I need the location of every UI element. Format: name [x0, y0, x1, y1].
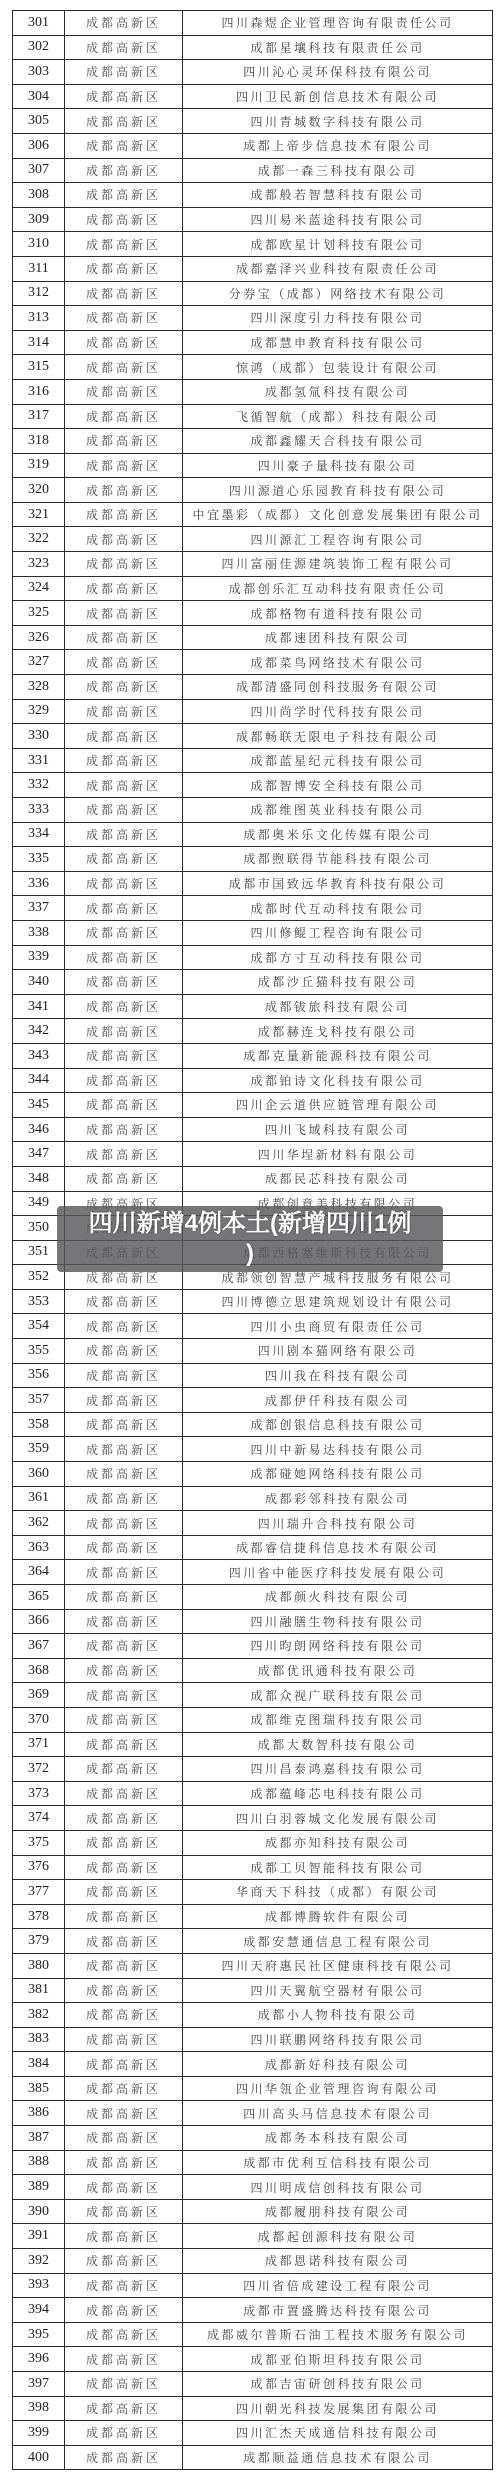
company-table: 301成都高新区四川森煜企业管理咨询有限责任公司302成都高新区成都星壤科技有限…: [12, 10, 493, 2470]
row-number-cell: 310: [13, 232, 65, 257]
district-cell: 成都高新区: [65, 2372, 183, 2397]
district-cell: 成都高新区: [65, 1019, 183, 1044]
row-number-cell: 397: [13, 2372, 65, 2397]
row-number-cell: 331: [13, 748, 65, 773]
row-number-cell: 386: [13, 2101, 65, 2126]
table-row: 362成都高新区四川瑞升合科技有限公司: [13, 1511, 493, 1536]
row-number-cell: 364: [13, 1560, 65, 1585]
row-number-cell: 369: [13, 1683, 65, 1708]
company-name-cell: 四川企云道供应链管理有限公司: [183, 1093, 493, 1118]
company-name-cell: 成都赫连戈科技有限公司: [183, 1019, 493, 1044]
district-cell: 成都高新区: [65, 2027, 183, 2052]
company-name-cell: 成都吉宙研创科技有限公司: [183, 2372, 493, 2397]
district-cell: 成都高新区: [65, 1609, 183, 1634]
company-name-cell: 四川省中能医疗科技发展有限公司: [183, 1560, 493, 1585]
company-name-cell: 飞循智航（成都）科技有限公司: [183, 404, 493, 429]
row-number-cell: 348: [13, 1166, 65, 1191]
company-name-cell: 四川天翼航空器材有限公司: [183, 1978, 493, 2003]
company-name-cell: 四川博德立思建筑规划设计有限公司: [183, 1289, 493, 1314]
table-row: 399成都高新区四川汇杰天成通信科技有限公司: [13, 2421, 493, 2446]
district-cell: 成都高新区: [65, 1339, 183, 1364]
district-cell: 成都高新区: [65, 970, 183, 995]
table-row: 343成都高新区成都克量新能源科技有限公司: [13, 1043, 493, 1068]
table-row: 382成都高新区成都小人物科技有限公司: [13, 2003, 493, 2028]
company-name-cell: 惊鸿（成都）包装设计有限公司: [183, 355, 493, 380]
row-number-cell: 396: [13, 2347, 65, 2372]
company-name-cell: 四川飞域科技有限公司: [183, 1117, 493, 1142]
table-row: 375成都高新区成都亦知科技有限公司: [13, 1830, 493, 1855]
table-row: 330成都高新区成都畅联无限电子科技有限公司: [13, 724, 493, 749]
row-number-cell: 373: [13, 1781, 65, 1806]
row-number-cell: 326: [13, 625, 65, 650]
table-row: 347成都高新区四川华埕新材料有限公司: [13, 1142, 493, 1167]
company-name-cell: 中宜墨彩（成都）文化创意发展集团有限公司: [183, 502, 493, 527]
district-cell: 成都高新区: [65, 232, 183, 257]
company-name-cell: 成都睿信捷科信息技术有限公司: [183, 1535, 493, 1560]
row-number-cell: 355: [13, 1339, 65, 1364]
district-cell: 成都高新区: [65, 2175, 183, 2200]
row-number-cell: 380: [13, 1953, 65, 1978]
table-row: 302成都高新区成都星壤科技有限责任公司: [13, 35, 493, 60]
company-name-cell: 成都沙丘猫科技有限公司: [183, 970, 493, 995]
district-cell: 成都高新区: [65, 625, 183, 650]
company-name-cell: 四川天府惠民社区健康科技有限公司: [183, 1953, 493, 1978]
district-cell: 成都高新区: [65, 2421, 183, 2446]
row-number-cell: 371: [13, 1732, 65, 1757]
company-name-cell: 四川豪子量科技有限公司: [183, 453, 493, 478]
row-number-cell: 339: [13, 945, 65, 970]
company-name-cell: 四川昀朗网络科技有限公司: [183, 1634, 493, 1659]
district-cell: 成都高新区: [65, 11, 183, 36]
district-cell: 成都高新区: [65, 1658, 183, 1683]
row-number-cell: 327: [13, 650, 65, 675]
district-cell: 成都高新区: [65, 675, 183, 700]
district-cell: 成都高新区: [65, 2224, 183, 2249]
row-number-cell: 333: [13, 798, 65, 823]
company-name-cell: 四川修鲲工程咨询有限公司: [183, 920, 493, 945]
row-number-cell: 340: [13, 970, 65, 995]
company-name-cell: 成都市国致远华教育科技有限公司: [183, 871, 493, 896]
company-name-cell: 四川华瓴企业管理咨询有限公司: [183, 2076, 493, 2101]
company-name-cell: 成都创乐汇互动科技有限责任公司: [183, 576, 493, 601]
row-number-cell: 306: [13, 133, 65, 158]
company-name-cell: 四川汇杰天成通信科技有限公司: [183, 2421, 493, 2446]
row-number-cell: 305: [13, 109, 65, 134]
row-number-cell: 334: [13, 822, 65, 847]
table-row: 311成都高新区成都嘉泽兴业科技有限责任公司: [13, 256, 493, 281]
row-number-cell: 302: [13, 35, 65, 60]
row-number-cell: 368: [13, 1658, 65, 1683]
table-row: 395成都高新区成都威尔普斯石油工程技术服务有限公司: [13, 2322, 493, 2347]
district-cell: 成都高新区: [65, 1634, 183, 1659]
table-row: 309成都高新区四川易米蓝途科技有限公司: [13, 207, 493, 232]
district-cell: 成都高新区: [65, 601, 183, 626]
row-number-cell: 323: [13, 552, 65, 577]
table-row: 319成都高新区四川豪子量科技有限公司: [13, 453, 493, 478]
table-row: 314成都高新区成都慧申教育科技有限公司: [13, 330, 493, 355]
table-row: 324成都高新区成都创乐汇互动科技有限责任公司: [13, 576, 493, 601]
company-name-cell: 成都铂诗文化科技有限公司: [183, 1068, 493, 1093]
row-number-cell: 358: [13, 1412, 65, 1437]
table-row: 326成都高新区成都速团科技有限公司: [13, 625, 493, 650]
district-cell: 成都高新区: [65, 2101, 183, 2126]
district-cell: 成都高新区: [65, 2322, 183, 2347]
district-cell: 成都高新区: [65, 1117, 183, 1142]
district-cell: 成都高新区: [65, 2298, 183, 2323]
table-row: 336成都高新区成都市国致远华教育科技有限公司: [13, 871, 493, 896]
row-number-cell: 363: [13, 1535, 65, 1560]
row-number-cell: 318: [13, 429, 65, 454]
table-row: 321成都高新区中宜墨彩（成都）文化创意发展集团有限公司: [13, 502, 493, 527]
table-row: 308成都高新区成都般若智慧科技有限公司: [13, 183, 493, 208]
district-cell: 成都高新区: [65, 1363, 183, 1388]
table-row: 333成都高新区成都维图英业科技有限公司: [13, 798, 493, 823]
company-name-cell: 四川我在科技有限公司: [183, 1363, 493, 1388]
row-number-cell: 335: [13, 847, 65, 872]
table-row: 327成都高新区成都菜鸟网络技术有限公司: [13, 650, 493, 675]
district-cell: 成都高新区: [65, 2445, 183, 2470]
company-name-cell: 成都般若智慧科技有限公司: [183, 183, 493, 208]
row-number-cell: 338: [13, 920, 65, 945]
company-name-cell: 成都安慧通信息工程有限公司: [183, 1929, 493, 1954]
table-row: 303成都高新区四川沁心灵环保科技有限公司: [13, 60, 493, 85]
district-cell: 成都高新区: [65, 2126, 183, 2151]
company-name-cell: 成都速团科技有限公司: [183, 625, 493, 650]
company-name-cell: 四川青城数字科技有限公司: [183, 109, 493, 134]
company-name-cell: 成都蕴峰芯电科技有限公司: [183, 1781, 493, 1806]
table-row: 364成都高新区四川省中能医疗科技发展有限公司: [13, 1560, 493, 1585]
company-name-cell: 四川中新易达科技有限公司: [183, 1437, 493, 1462]
company-name-cell: 成都履朋科技有限公司: [183, 2199, 493, 2224]
table-row: 376成都高新区成都工贝智能科技有限公司: [13, 1855, 493, 1880]
table-row: 370成都高新区成都维克图瑞科技有限公司: [13, 1707, 493, 1732]
company-name-cell: 成都克量新能源科技有限公司: [183, 1043, 493, 1068]
district-cell: 成都高新区: [65, 576, 183, 601]
row-number-cell: 378: [13, 1904, 65, 1929]
district-cell: 成都高新区: [65, 2003, 183, 2028]
company-name-cell: 成都鑫耀天合科技有限公司: [183, 429, 493, 454]
company-name-cell: 成都星壤科技有限责任公司: [183, 35, 493, 60]
table-row: 377成都高新区华商天下科技（成都）有限公司: [13, 1880, 493, 1905]
row-number-cell: 370: [13, 1707, 65, 1732]
company-name-cell: 成都嘉泽兴业科技有限责任公司: [183, 256, 493, 281]
company-name-cell: 成都慧申教育科技有限公司: [183, 330, 493, 355]
table-row: 360成都高新区成都碰她网络科技有限公司: [13, 1462, 493, 1487]
company-name-cell: 成都氢氚科技有限公司: [183, 379, 493, 404]
district-cell: 成都高新区: [65, 1707, 183, 1732]
company-name-cell: 有限公司: [183, 1216, 493, 1241]
company-name-cell: 成都小人物科技有限公司: [183, 2003, 493, 2028]
district-cell: 成都高新区: [65, 1978, 183, 2003]
district-cell: 成都高新区: [65, 773, 183, 798]
company-name-cell: 成都西格塞维斯科技有限公司: [183, 1240, 493, 1265]
row-number-cell: 356: [13, 1363, 65, 1388]
district-cell: 成都高新区: [65, 1240, 183, 1265]
table-row: 394成都高新区成都市置盛腾达科技有限公司: [13, 2298, 493, 2323]
row-number-cell: 360: [13, 1462, 65, 1487]
row-number-cell: 319: [13, 453, 65, 478]
row-number-cell: 320: [13, 478, 65, 503]
row-number-cell: 324: [13, 576, 65, 601]
company-name-cell: 四川易米蓝途科技有限公司: [183, 207, 493, 232]
district-cell: 成都高新区: [65, 1585, 183, 1610]
company-name-cell: 四川高头马信息技术有限公司: [183, 2101, 493, 2126]
table-row: 353成都高新区四川博德立思建筑规划设计有限公司: [13, 1289, 493, 1314]
table-row: 387成都高新区成都务本科技有限公司: [13, 2126, 493, 2151]
table-row: 365成都高新区成都颜火科技有限公司: [13, 1585, 493, 1610]
district-cell: 成都高新区: [65, 1437, 183, 1462]
company-name-cell: 成都钹旅科技有限公司: [183, 994, 493, 1019]
table-row: 373成都高新区成都蕴峰芯电科技有限公司: [13, 1781, 493, 1806]
table-row: 318成都高新区成都鑫耀天合科技有限公司: [13, 429, 493, 454]
row-number-cell: 308: [13, 183, 65, 208]
district-cell: 成都高新区: [65, 1535, 183, 1560]
company-name-cell: 四川卫民新创信息技术有限公司: [183, 84, 493, 109]
district-cell: 成都高新区: [65, 2249, 183, 2274]
row-number-cell: 350: [13, 1216, 65, 1241]
district-cell: 成都高新区: [65, 2347, 183, 2372]
row-number-cell: 330: [13, 724, 65, 749]
district-cell: 成都高新区: [65, 109, 183, 134]
table-row: 346成都高新区四川飞域科技有限公司: [13, 1117, 493, 1142]
row-number-cell: 387: [13, 2126, 65, 2151]
company-name-cell: 四川森煜企业管理咨询有限责任公司: [183, 11, 493, 36]
row-number-cell: 385: [13, 2076, 65, 2101]
company-name-cell: 四川沁心灵环保科技有限公司: [183, 60, 493, 85]
table-row: 342成都高新区成都赫连戈科技有限公司: [13, 1019, 493, 1044]
row-number-cell: 316: [13, 379, 65, 404]
table-row: 380成都高新区四川天府惠民社区健康科技有限公司: [13, 1953, 493, 1978]
row-number-cell: 376: [13, 1855, 65, 1880]
company-name-cell: 成都伊仟科技有限公司: [183, 1388, 493, 1413]
company-name-cell: 四川明成信创科技有限公司: [183, 2175, 493, 2200]
row-number-cell: 312: [13, 281, 65, 306]
district-cell: 成都高新区: [65, 871, 183, 896]
district-cell: 成都高新区: [65, 1855, 183, 1880]
company-name-cell: 四川源道心乐园教育科技有限公司: [183, 478, 493, 503]
row-number-cell: 357: [13, 1388, 65, 1413]
company-name-cell: 成都众视广联科技有限公司: [183, 1683, 493, 1708]
district-cell: 成都高新区: [65, 1068, 183, 1093]
company-name-cell: 成都彩邻科技有限公司: [183, 1486, 493, 1511]
row-number-cell: 394: [13, 2298, 65, 2323]
company-name-cell: 分券宝（成都）网络技术有限公司: [183, 281, 493, 306]
table-row: 331成都高新区成都蓝星纪元科技有限公司: [13, 748, 493, 773]
district-cell: 成都高新区: [65, 724, 183, 749]
table-row: 328成都高新区成都清盛同创科技服务有限公司: [13, 675, 493, 700]
table-row: 361成都高新区成都彩邻科技有限公司: [13, 1486, 493, 1511]
district-cell: 成都高新区: [65, 1806, 183, 1831]
table-row: 338成都高新区四川修鲲工程咨询有限公司: [13, 920, 493, 945]
company-name-cell: 成都智博安全科技有限公司: [183, 773, 493, 798]
company-name-cell: 成都格物有道科技有限公司: [183, 601, 493, 626]
district-cell: 成都高新区: [65, 822, 183, 847]
table-row: 340成都高新区成都沙丘猫科技有限公司: [13, 970, 493, 995]
table-row: 316成都高新区成都氢氚科技有限公司: [13, 379, 493, 404]
table-row: 312成都高新区分券宝（成都）网络技术有限公司: [13, 281, 493, 306]
company-name-cell: 成都大数智科技有限公司: [183, 1732, 493, 1757]
row-number-cell: 307: [13, 158, 65, 183]
district-cell: 成都高新区: [65, 896, 183, 921]
district-cell: 成都高新区: [65, 281, 183, 306]
company-name-cell: 四川朝光科技发展集团有限公司: [183, 2396, 493, 2421]
row-number-cell: 322: [13, 527, 65, 552]
district-cell: 成都高新区: [65, 478, 183, 503]
row-number-cell: 391: [13, 2224, 65, 2249]
company-name-cell: 成都清盛同创科技服务有限公司: [183, 675, 493, 700]
table-row: 351成都高新区成都西格塞维斯科技有限公司: [13, 1240, 493, 1265]
company-name-cell: 成都煦联得节能科技有限公司: [183, 847, 493, 872]
table-row: 310成都高新区成都欧星计划科技有限公司: [13, 232, 493, 257]
district-cell: 成都高新区: [65, 1511, 183, 1536]
table-row: 329成都高新区四川尚学时代科技有限公司: [13, 699, 493, 724]
table-row: 371成都高新区成都大数智科技有限公司: [13, 1732, 493, 1757]
table-row: 349成都高新区成都创意美科技有限公司: [13, 1191, 493, 1216]
row-number-cell: 311: [13, 256, 65, 281]
table-row: 335成都高新区成都煦联得节能科技有限公司: [13, 847, 493, 872]
row-number-cell: 392: [13, 2249, 65, 2274]
row-number-cell: 395: [13, 2322, 65, 2347]
row-number-cell: 346: [13, 1117, 65, 1142]
company-name-cell: 四川白羽蓉城文化发展有限公司: [183, 1806, 493, 1831]
company-name-cell: 成都工贝智能科技有限公司: [183, 1855, 493, 1880]
district-cell: 成都高新区: [65, 1289, 183, 1314]
row-number-cell: 304: [13, 84, 65, 109]
district-cell: 成都高新区: [65, 60, 183, 85]
company-name-cell: 成都一森三科技有限公司: [183, 158, 493, 183]
company-name-cell: 四川剧本猫网络有限公司: [183, 1339, 493, 1364]
district-cell: 成都高新区: [65, 1880, 183, 1905]
company-name-cell: 成都优讯通科技有限公司: [183, 1658, 493, 1683]
table-row: 322成都高新区四川源汇工程咨询有限公司: [13, 527, 493, 552]
row-number-cell: 329: [13, 699, 65, 724]
district-cell: 成都高新区: [65, 1781, 183, 1806]
district-cell: 成都高新区: [65, 552, 183, 577]
table-row: 374成都高新区四川白羽蓉城文化发展有限公司: [13, 1806, 493, 1831]
company-name-cell: 成都菜鸟网络技术有限公司: [183, 650, 493, 675]
table-row: 369成都高新区成都众视广联科技有限公司: [13, 1683, 493, 1708]
district-cell: 成都高新区: [65, 2076, 183, 2101]
table-row: 400成都高新区成都顺益通信息技术有限公司: [13, 2445, 493, 2470]
row-number-cell: 351: [13, 1240, 65, 1265]
district-cell: 成都高新区: [65, 650, 183, 675]
row-number-cell: 325: [13, 601, 65, 626]
row-number-cell: 393: [13, 2273, 65, 2298]
row-number-cell: 313: [13, 306, 65, 331]
table-row: 393成都高新区四川省倍成建设工程有限公司: [13, 2273, 493, 2298]
district-cell: 成都高新区: [65, 1929, 183, 1954]
company-name-cell: 成都方寸互动科技有限公司: [183, 945, 493, 970]
row-number-cell: 361: [13, 1486, 65, 1511]
district-cell: 成都高新区: [65, 502, 183, 527]
district-cell: 成都高新区: [65, 2396, 183, 2421]
district-cell: 成都高新区: [65, 404, 183, 429]
row-number-cell: 332: [13, 773, 65, 798]
district-cell: 成都高新区: [65, 330, 183, 355]
table-row: 313成都高新区四川深度引力科技有限公司: [13, 306, 493, 331]
row-number-cell: 390: [13, 2199, 65, 2224]
company-name-cell: 成都奥米乐文化传媒有限公司: [183, 822, 493, 847]
table-row: 350成都高新区 有限公司: [13, 1216, 493, 1241]
row-number-cell: 388: [13, 2150, 65, 2175]
company-name-cell: 成都维图英业科技有限公司: [183, 798, 493, 823]
row-number-cell: 367: [13, 1634, 65, 1659]
table-row: 397成都高新区成都吉宙研创科技有限公司: [13, 2372, 493, 2397]
table-row: 352成都高新区成都领创智慧产城科技服务有限公司: [13, 1265, 493, 1290]
table-row: 348成都高新区成都民芯科技有限公司: [13, 1166, 493, 1191]
row-number-cell: 383: [13, 2027, 65, 2052]
row-number-cell: 384: [13, 2052, 65, 2077]
table-row: 341成都高新区成都钹旅科技有限公司: [13, 994, 493, 1019]
company-name-cell: 成都蓝星纪元科技有限公司: [183, 748, 493, 773]
district-cell: 成都高新区: [65, 2052, 183, 2077]
company-name-cell: 成都威尔普斯石油工程技术服务有限公司: [183, 2322, 493, 2347]
district-cell: 成都高新区: [65, 1388, 183, 1413]
company-name-cell: 四川融膳生物科技有限公司: [183, 1609, 493, 1634]
table-row: 306成都高新区成都上帝步信息技术有限公司: [13, 133, 493, 158]
district-cell: 成都高新区: [65, 133, 183, 158]
company-name-cell: 四川联鹏网络科技有限公司: [183, 2027, 493, 2052]
row-number-cell: 362: [13, 1511, 65, 1536]
company-name-cell: 四川尚学时代科技有限公司: [183, 699, 493, 724]
district-cell: 成都高新区: [65, 1486, 183, 1511]
table-row: 354成都高新区四川小虫商贸有限责任公司: [13, 1314, 493, 1339]
district-cell: 成都高新区: [65, 1265, 183, 1290]
district-cell: 成都高新区: [65, 1216, 183, 1241]
table-row: 356成都高新区四川我在科技有限公司: [13, 1363, 493, 1388]
table-row: 381成都高新区四川天翼航空器材有限公司: [13, 1978, 493, 2003]
district-cell: 成都高新区: [65, 2199, 183, 2224]
row-number-cell: 379: [13, 1929, 65, 1954]
table-row: 339成都高新区成都方寸互动科技有限公司: [13, 945, 493, 970]
row-number-cell: 341: [13, 994, 65, 1019]
table-row: 389成都高新区四川明成信创科技有限公司: [13, 2175, 493, 2200]
table-row: 301成都高新区四川森煜企业管理咨询有限责任公司: [13, 11, 493, 36]
company-name-cell: 成都畅联无限电子科技有限公司: [183, 724, 493, 749]
district-cell: 成都高新区: [65, 527, 183, 552]
district-cell: 成都高新区: [65, 1757, 183, 1782]
row-number-cell: 382: [13, 2003, 65, 2028]
table-row: 367成都高新区四川昀朗网络科技有限公司: [13, 1634, 493, 1659]
row-number-cell: 317: [13, 404, 65, 429]
company-name-cell: 四川小虫商贸有限责任公司: [183, 1314, 493, 1339]
row-number-cell: 321: [13, 502, 65, 527]
company-name-cell: 成都颜火科技有限公司: [183, 1585, 493, 1610]
district-cell: 成都高新区: [65, 1093, 183, 1118]
row-number-cell: 344: [13, 1068, 65, 1093]
row-number-cell: 336: [13, 871, 65, 896]
company-name-cell: 华商天下科技（成都）有限公司: [183, 1880, 493, 1905]
company-name-cell: 成都起创源科技有限公司: [183, 2224, 493, 2249]
district-cell: 成都高新区: [65, 1904, 183, 1929]
table-row: 305成都高新区四川青城数字科技有限公司: [13, 109, 493, 134]
table-row: 315成都高新区惊鸿（成都）包装设计有限公司: [13, 355, 493, 380]
company-name-cell: 成都维克图瑞科技有限公司: [183, 1707, 493, 1732]
row-number-cell: 309: [13, 207, 65, 232]
row-number-cell: 365: [13, 1585, 65, 1610]
company-name-cell: 成都上帝步信息技术有限公司: [183, 133, 493, 158]
company-name-cell: 成都创银信息科技有限公司: [183, 1412, 493, 1437]
table-row: 359成都高新区四川中新易达科技有限公司: [13, 1437, 493, 1462]
district-cell: 成都高新区: [65, 429, 183, 454]
table-row: 396成都高新区成都亚伯斯坦科技有限公司: [13, 2347, 493, 2372]
company-name-cell: 四川省倍成建设工程有限公司: [183, 2273, 493, 2298]
district-cell: 成都高新区: [65, 1683, 183, 1708]
row-number-cell: 342: [13, 1019, 65, 1044]
row-number-cell: 354: [13, 1314, 65, 1339]
company-name-cell: 四川昌泰鸿嘉科技有限公司: [183, 1757, 493, 1782]
row-number-cell: 343: [13, 1043, 65, 1068]
